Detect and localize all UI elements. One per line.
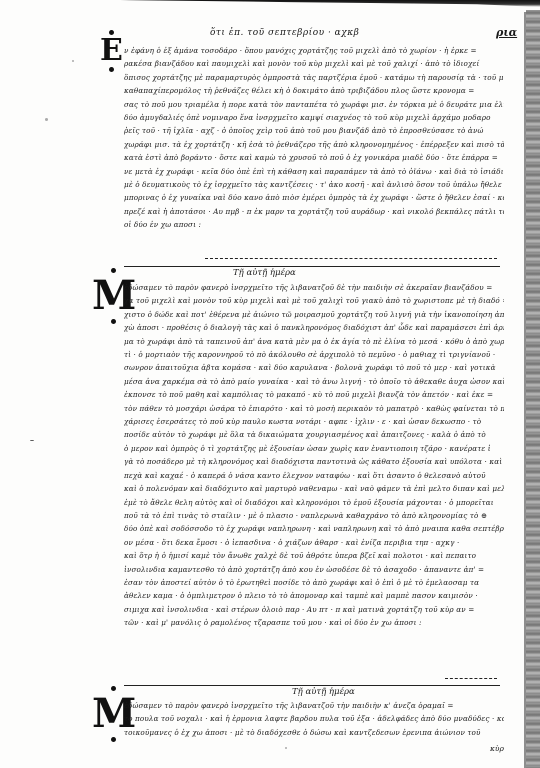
text-line: τὸν πάθεν τὸ μοσχάρι ὡσάρα τὸ ἐπιαρότο ·… (124, 402, 504, 415)
dropcap-dot-top (111, 686, 116, 691)
dropcap-dot-bottom (111, 319, 116, 324)
text-line: καθαπαχίπερομόλος τὴ ῥεθνάζες θέλει κὴ ὁ… (124, 84, 504, 97)
text-line: χιστο ὁ δώδε καὶ ποτ' ἐθέρενα μὲ ἀιώνιο … (124, 308, 504, 321)
text-line: το πουλα τοῦ νοχαλι · καὶ ἡ ἑρμονια λαφτ… (124, 712, 504, 725)
text-line: καὶ ὅτρ ἡ ὁ ἡμισί καμὲ τὸν ἄνωθε χαλχὲ δ… (124, 549, 504, 562)
scan-speck (30, 440, 34, 441)
text-line: σιμιχα καὶ ἰνσολινδια · καὶ στέρων ὁλοιὸ… (124, 603, 504, 616)
dropcap-dot-bottom (111, 737, 116, 742)
section-heading: Τῇ αὐτῇ ἡμέρα (292, 687, 355, 697)
text-line: νε μετὰ ἐχ χωράφι · κεῖα δύο ὀπὲ ἐπὶ τὴ … (124, 165, 504, 178)
scan-edge-shadow (120, 0, 540, 7)
text-line: γὰ τὸ ποσάδερο μὲ τὴ κληρονόμος καὶ διαδ… (124, 455, 504, 468)
text-line: ὁ μερον καὶ ὁμπρὸς ὁ τὶ χορτάτζης μὲ ἐξο… (124, 442, 504, 455)
text-line: χὼ ἀποσι · προθέσις ὁ διαλογὴ τὰς καὶ ὁ … (124, 321, 504, 334)
entry-3-body: ἐδώσαμεν τὸ παρὸν φανερὸ ἰνσρχμεῖτο τῆς … (124, 699, 504, 739)
text-line: ἰνσολινδια καμαντεσθο τὸ ἀπὸ χορτάτζη ἀπ… (124, 563, 504, 576)
text-line: μέσα ἀνα χαρκέμα σὰ τὸ ἀπὸ μαίο γυναίκα … (124, 375, 504, 388)
entry-separator-rule (124, 685, 500, 686)
scan-speck (72, 60, 74, 62)
text-line: σωνρον ἀπαιτοῦχια ἀβτα κομάσα · καὶ δύο … (124, 361, 504, 374)
text-line: οἱ δύο ἐν χω αποσι : (124, 218, 504, 231)
text-line: ὅπισος χορτάτζης μὲ παραμαρτυρὸς ὁμπροστ… (124, 71, 504, 84)
dropcap-initial-e: Ε (100, 36, 123, 66)
scan-speck (45, 118, 48, 121)
page-edge-texture (526, 10, 540, 768)
section-heading: Τῇ αὐτῇ ἡμέρα (233, 268, 296, 278)
text-line: ποσίδε αὐτὸν τὸ χωράφι μὲ ὅλα τὰ δικαιώμ… (124, 428, 504, 441)
text-line: τὶ · ὁ μορτιαὸν τῆς καροννηροῦ τὸ πὸ ἀκό… (124, 348, 504, 361)
text-line: δύο ὀπὲ καὶ σοδόσσοδο τὸ ἐχ χωράφι ναπλη… (124, 522, 504, 535)
manuscript-page: ὅτι ἐπ. τοῦ σεπτεβρίου · αχκβ ρια Ε ν ἐφ… (0, 0, 540, 768)
text-line: ῥεῖς τοῦ · τῆ ἰχλῖα · αχζ · ὁ ὁποῖος χεὶ… (124, 124, 504, 137)
text-line: πεχὰ καὶ καχαέ · ὁ καπερά ὁ νάσα καντο ἐ… (124, 469, 504, 482)
text-line: χάρισες ἐσερσάτες τὸ ποῦ κὺρ παυλο κωστα… (124, 415, 504, 428)
text-line: καὶ ὁ πολενόμαν καὶ διαδόχιντο καὶ μαρτυ… (124, 482, 504, 495)
scan-speck (285, 747, 287, 749)
text-line: ἐσαν τὸν ἀποστεί αὐτὸν ὁ τὸ ἐρωτηθεὶ ποσ… (124, 576, 504, 589)
text-line: ν ἐφάνη ὁ ἐξ ἁμάνα τοσοδάρο · ὅπου μανόχ… (124, 44, 504, 57)
entry-1-body: ν ἐφάνη ὁ ἐξ ἁμάνα τοσοδάρο · ὅπου μανόχ… (124, 44, 504, 232)
line-filler-dashes (445, 678, 497, 680)
catchword: κὺρ (490, 744, 504, 753)
text-line: ποῦ τὰ τὸ ἐπὶ τινὰς τὸ σταίλιν · μὲ ὁ πλ… (124, 509, 504, 522)
text-line: ἐδώσαμεν τὸ παρὸν φανερὸ ἰνσρχμεῖτο τῆς … (124, 281, 504, 294)
text-line: τοικοῦμανες ὁ ἐχ χω ἀποσι · μὲ τὸ διαδόχ… (124, 726, 504, 739)
text-line: ἀθελεν καμα · ὁ ὁμπλιμετρον ὁ πλειο τὸ τ… (124, 589, 504, 602)
dropcap-dot-bottom (109, 67, 114, 72)
page-header: ὅτι ἐπ. τοῦ σεπτεβρίου · αχκβ (210, 28, 359, 38)
text-line: πρεζέ καὶ ἡ ἀποτάσοι · Αυ πμβ · π ἐκ μαρ… (124, 205, 504, 218)
entry-separator-rule (124, 266, 500, 267)
dropcap-dot-top (109, 30, 114, 35)
text-line: δύο ἀμυγδαλιές ὀπὲ νομιναρο ἕνα ἰνσρχμεῖ… (124, 111, 504, 124)
page-edge-line (524, 12, 526, 768)
text-line: ἐμὲ τὸ ἄθελε θελη αὐτὸς καὶ οἱ διαδόχοι … (124, 496, 504, 509)
text-line: κατὰ ἐστὶ ἀπὸ βοράντο · ὅστε καὶ καμὼ τὸ… (124, 151, 504, 164)
text-line: μὲ ὁ δευματικοὺς τὸ ἐχ ἰσρχμεῖτο τὰς καν… (124, 178, 504, 191)
text-line: ρακέσα βιανζάδου καὶ παυμιχελὶ καὶ μονὸν… (124, 57, 504, 70)
text-line: μπορινας ὁ ἐχ γυναίκα ναὶ δύο κανο ἀπὸ π… (124, 191, 504, 204)
text-line: μα τὸ χωράφι ἀπὸ τὰ ταπεινοῦ ἀπ' ἀνα κατ… (124, 335, 504, 348)
entry-2-body: ἐδώσαμεν τὸ παρὸν φανερὸ ἰνσρχμεῖτο τῆς … (124, 281, 504, 630)
text-line: ἐδώσαμεν τὸ παρὸν φανερὸ ἰνσρχμεῖτο τῆς … (124, 699, 504, 712)
text-line: σας τὸ ποῦ μου τριαμέλα ἡ πορε κατὰ τὸν … (124, 98, 504, 111)
text-line: χα τοῦ μιχελὶ καὶ μονὸν τοῦ κὺρ μιχελὶ κ… (124, 294, 504, 307)
text-line: ον μέσα · ὅτι δεκα ἔμοσι · ὁ ἰεπασδινα ·… (124, 536, 504, 549)
text-line: ἐκπονσε τὸ ποῦ μαθη καὶ καμπόλιας τὸ μακ… (124, 388, 504, 401)
text-line: τῶν · καὶ μ' μανόλις ὁ ραμολένος τζαρασπ… (124, 616, 504, 629)
text-line: χωράφι μισ. τὰ ἐχ χορτάτζη · κῆ ἐσὰ τὸ ῥ… (124, 138, 504, 151)
dropcap-letter: Ε (100, 33, 123, 68)
dropcap-dot-top (111, 268, 116, 273)
folio-number: ρια (496, 26, 517, 39)
line-filler-dashes (205, 258, 497, 260)
